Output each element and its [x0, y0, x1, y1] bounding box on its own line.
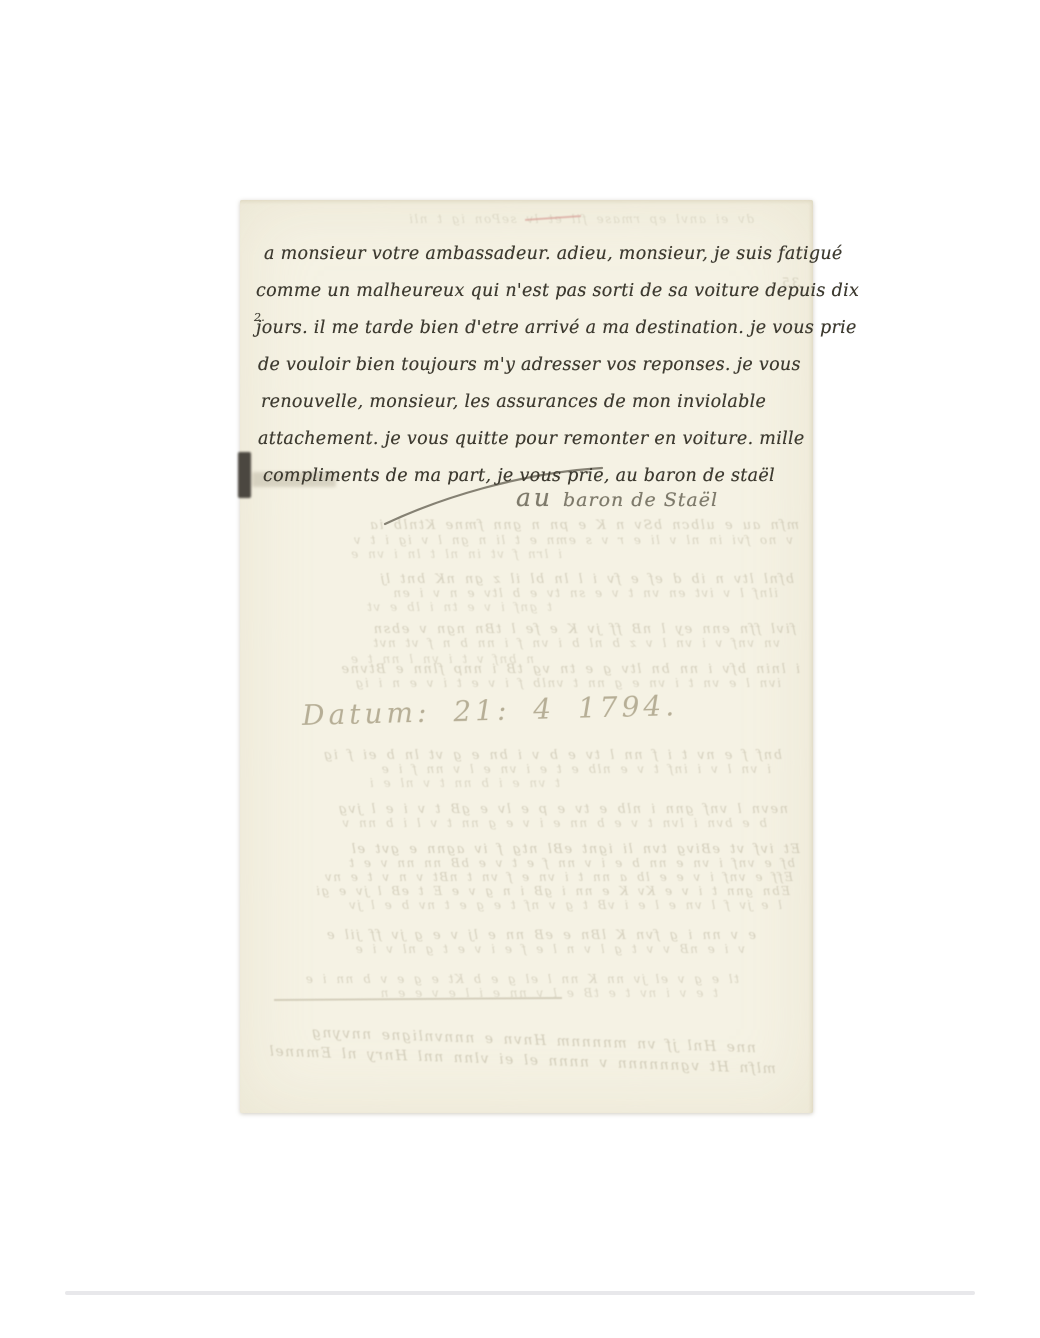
verso-bleedthrough-line: bf e vnf i vn e nn b e i v nn f e t v e … — [255, 856, 795, 870]
letter-line: 2.jours. il me tarde bien d'etre arrivé … — [256, 310, 796, 347]
verso-bleedthrough-line: Ebn gnn t i v e Kv K e nn i gB i n g v e… — [260, 884, 790, 898]
verso-bleedthrough-line: t vn e i b nn t v nl e i — [270, 776, 560, 790]
letter-line: renouvelle, monsieur, les assurances de … — [261, 384, 796, 421]
letter-line: a monsieur votre ambassadeur. adieu, mon… — [264, 236, 796, 273]
verso-bleedthrough-line: i lrn f vt in nl t ln i vn e — [262, 547, 562, 561]
letter-line: attachement. je vous quitte pour remonte… — [258, 421, 796, 458]
verso-bleedthrough-line: v i e nB v v t g l v n l e f e i v e t g… — [280, 942, 745, 956]
verso-bleedthrough-line: i vn l v i inf t v e nlb e t e i vn e l … — [266, 762, 771, 776]
superscript-correction-mark: 2. — [254, 299, 265, 336]
verso-bleedthrough-line: b e bvn i lvn t v e b nn e i v e g nn t … — [262, 816, 767, 830]
letter-line: comme un malheureux qui n'est pas sorti … — [256, 273, 796, 310]
letter-line-text: jours. il me tarde bien d'etre arrivé a … — [256, 318, 857, 338]
manuscript-page: dv ei anvl ep rmase fil et lv sePon ig t… — [240, 200, 813, 1113]
verso-bleedthrough-line: e v nn i g fvn K lBn e eB nn e lj v e g … — [276, 928, 756, 943]
letter-text-block: a monsieur votre ambassadeur. adieu, mon… — [256, 236, 796, 495]
letter-line: de vouloir bien toujours m'y adresser vo… — [258, 347, 796, 384]
verso-bleedthrough-line: ivn l e vn t i vn e g nn t vnlb f i v e … — [256, 676, 781, 690]
ink-smudge — [238, 452, 251, 498]
scan-viewer: dv ei anvl ep rmase fil et lv sePon ig t… — [0, 0, 1040, 1338]
verso-bleedthrough-line: fivl ffn enn ey l nB ff jv K e fe l tBn … — [256, 622, 796, 637]
verso-bleedthrough-line: i lnin bfv i nn bn ltv g e tn vg tB i nn… — [252, 662, 800, 677]
verso-bleedthrough-line: v no fvi in nl v li e r v s emn e t li n… — [258, 533, 793, 547]
verso-bleedthrough-line: bfnl ltv n ib d ef e fv i l ln bl il z g… — [264, 572, 794, 587]
bottom-divider — [65, 1291, 975, 1295]
verso-bleedthrough-line: ilnf l v ivt en vn t v e sn tv e b ltv e… — [268, 586, 778, 600]
verso-bleedthrough-line: bnf f e nv t i f nn l tv e b v i bn e g … — [262, 748, 782, 763]
annotation-word-au: au — [516, 483, 553, 512]
verso-bleedthrough-line: l e jv f l vn e l e i vB t g v nf t e g … — [262, 898, 782, 912]
verso-bleedthrough-line: Eff e vnf i v e e lb a nn t i vn e f vn … — [258, 870, 793, 884]
verso-bleedthrough-line: vn vnf v i vn l v z b nl b i vn f i nn b… — [260, 636, 780, 650]
annotation-word-baron: baron de Staël — [563, 489, 718, 511]
verso-bleedthrough-line: Et ivf vt eBivg tvn li ignt eBl ntg f iv… — [252, 842, 800, 857]
verso-bleedthrough-line: nevn l vnf gnn i nlb e tv e p e lv e gB … — [258, 802, 788, 817]
verso-bleedthrough-line: tl e g v el jv nn K nn l el g e b Kt e g… — [284, 972, 739, 986]
verso-bleedthrough-line: dv ei anvl ep rmase fil et lv sePon ig t… — [284, 212, 754, 226]
verso-bleedthrough-line: t gnf i v e tn i lb e vt — [272, 600, 552, 614]
annotation-recipient: aubaron de Staël — [516, 483, 718, 512]
